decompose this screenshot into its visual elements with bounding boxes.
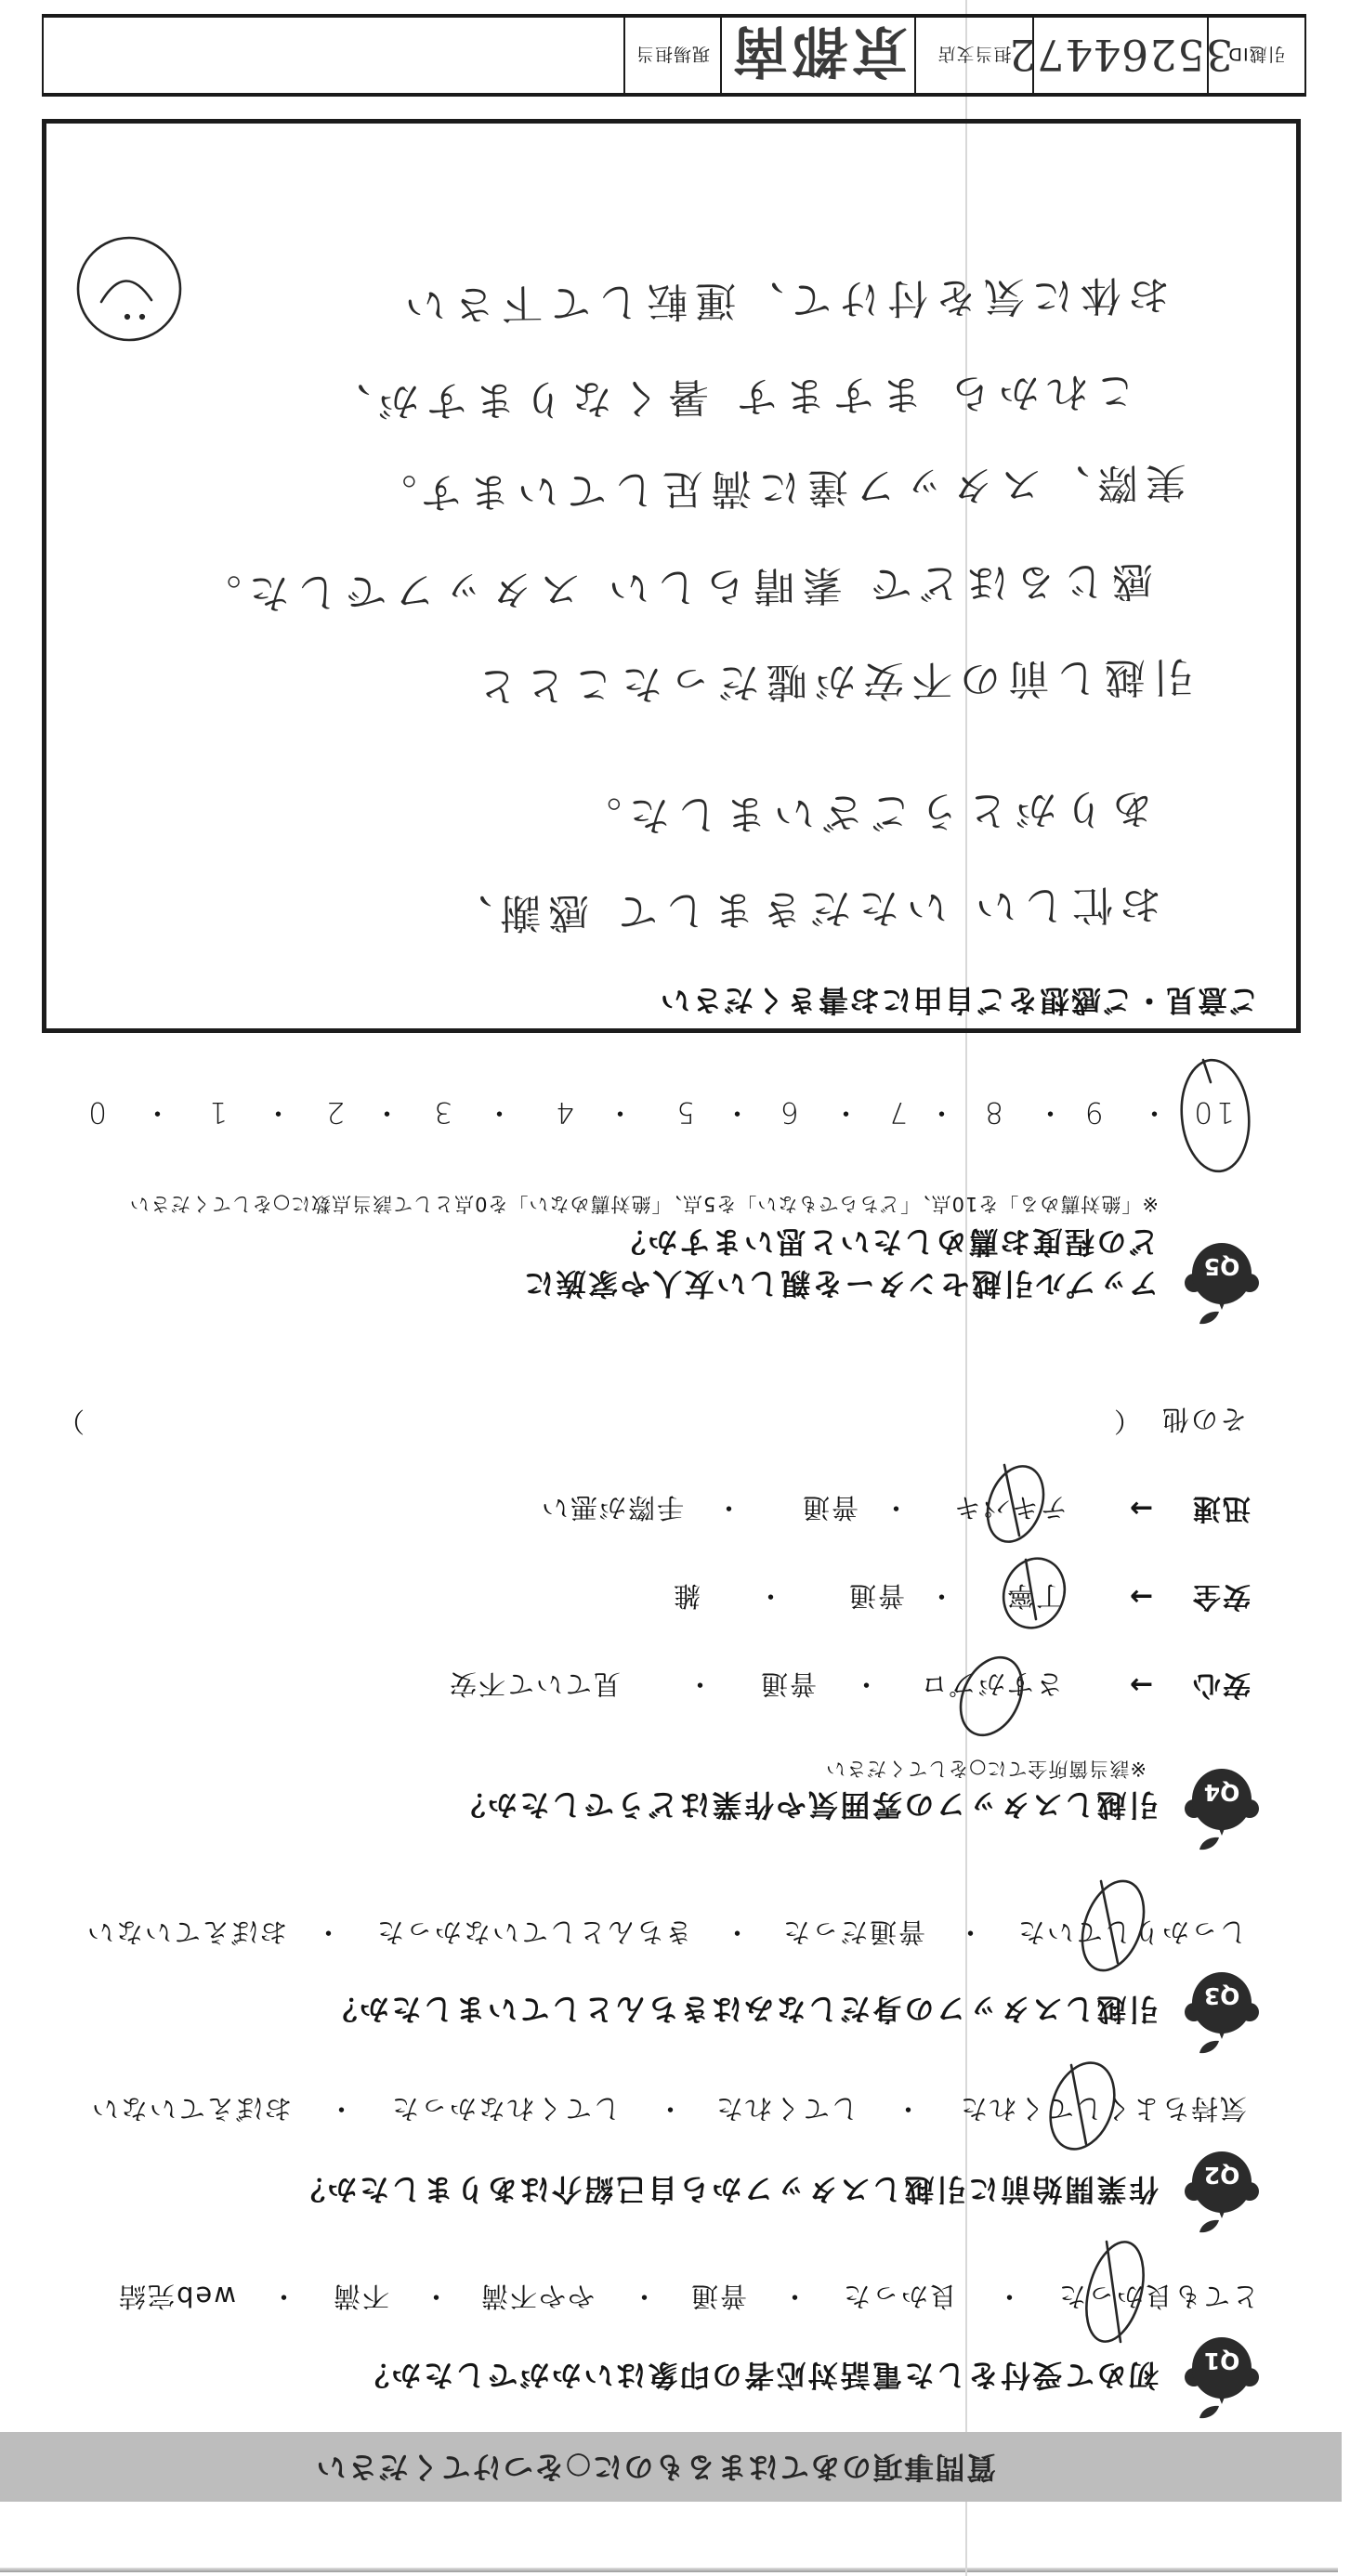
instruction-text: 質問事項のあてはまるものに○をつけてください — [315, 2452, 996, 2482]
separator: ・ — [329, 2095, 355, 2122]
q4-speed-option-average: 普通 — [801, 1494, 858, 1521]
q5-note: ※「絶対薦める」を10点、「どちらでもない」を5点、「絶対薦めない」を0点として… — [129, 1194, 1159, 1213]
separator: ・ — [1142, 1099, 1168, 1126]
q1-option-good: 良かった — [842, 2282, 957, 2309]
separator: ・ — [374, 1099, 400, 1126]
q4-speed-option-clumsy: 手際が悪い — [540, 1494, 684, 1521]
survey-form-page: 質問事項のあてはまるものに○をつけてください Q1 初めて受付をした電話対応者の… — [0, 0, 1350, 2576]
q2-option-pleasantly: 気持ちよくしてくれた — [959, 2095, 1247, 2122]
office-use-table: 引越ID 35264472 担当支店 京都南 現場担当 — [42, 14, 1306, 97]
q4-apple-icon: Q4 — [1184, 1766, 1260, 1851]
q5-score-4: 4 — [540, 1097, 586, 1126]
q1-question: 初めて受付をした電話対応者の印象はいかがでしたか？ — [357, 2360, 1159, 2390]
q5-question-line-1: アップル引越センターを親しい友人や家族に — [522, 1269, 1159, 1299]
branch-label: 担当支店 — [914, 18, 1032, 93]
q4-safety-option-average: 普通 — [847, 1582, 905, 1609]
separator: ・ — [782, 2282, 808, 2309]
separator: ・ — [929, 1099, 955, 1126]
q5-score-5: 5 — [661, 1097, 707, 1126]
comment-line-7: お体に気を付けて、運転して下さい — [398, 273, 1171, 325]
q1-option-dissatisfied: 不満 — [332, 2282, 389, 2309]
q3-question: 引越しスタッフの身だしなみはきちんとしていましたか？ — [325, 1994, 1159, 2024]
comment-title: ご意見・ご感想をご自由にお書きください — [659, 986, 1259, 1015]
q2-option-dont-remember: おぼえていない — [90, 2095, 292, 2122]
separator: ・ — [145, 1099, 171, 1126]
q1-option-very-good: とても良かった — [1057, 2282, 1259, 2309]
separator: ・ — [997, 2282, 1023, 2309]
q3-apple-icon: Q3 — [1184, 1969, 1260, 2055]
q5-number: Q5 — [1204, 1253, 1240, 1280]
q5-score-6: 6 — [765, 1097, 811, 1126]
q5-score-9: 9 — [1069, 1097, 1116, 1126]
q5-question-line-2: どの程度お薦めしたいと思いますか？ — [613, 1227, 1159, 1257]
q3-option-dont-remember: おぼえていない — [85, 1918, 287, 1945]
separator: ・ — [758, 1582, 784, 1609]
q2-apple-icon: Q2 — [1184, 2149, 1260, 2234]
q3-number: Q3 — [1204, 1982, 1240, 2009]
move-id-value: 35264472 — [1032, 18, 1207, 93]
q5-score-3: 3 — [418, 1097, 465, 1126]
separator: ・ — [266, 1099, 292, 1126]
separator: ・ — [658, 2095, 684, 2122]
separator: ・ — [424, 2282, 450, 2309]
comment-line-1: お忙しい いただきまして 感謝、 — [444, 883, 1162, 934]
q2-option-no: してくれなかった — [390, 2095, 621, 2122]
separator: ・ — [833, 1099, 859, 1126]
q4-other-label: その他 — [1160, 1406, 1247, 1432]
q4-other-open-paren: （ — [1112, 1407, 1141, 1434]
separator: ・ — [608, 1099, 634, 1126]
q4-safety-option-careful: 丁寧 — [1005, 1582, 1063, 1609]
q3-option-average: 普通だった — [781, 1918, 925, 1945]
separator: ・ — [896, 2095, 922, 2122]
q1-option-somewhat-dissatisfied: やや不満 — [479, 2282, 595, 2309]
separator: ・ — [632, 2282, 658, 2309]
q1-option-average: 普通 — [689, 2282, 747, 2309]
q5-apple-icon: Q5 — [1184, 1240, 1260, 1326]
q4-note: ※該当箇所全てに○をしてください — [825, 1759, 1147, 1778]
separator: ・ — [487, 1099, 513, 1126]
separator: ・ — [725, 1918, 751, 1945]
separator: ・ — [688, 1670, 714, 1697]
q4-reassurance-option-average: 普通 — [759, 1670, 817, 1697]
comment-line-3: 引越し前の不安が嘘だったことと — [469, 655, 1195, 706]
separator: ・ — [958, 1918, 984, 1945]
q4-speed-option-efficient: テキパキ — [952, 1494, 1068, 1521]
arrow-icon: → — [1130, 1494, 1153, 1522]
separator: ・ — [271, 2282, 297, 2309]
separator: ・ — [884, 1494, 910, 1521]
separator: ・ — [716, 1494, 742, 1521]
q1-number: Q1 — [1204, 2347, 1240, 2374]
q4-safety-option-rough: 雑 — [672, 1582, 701, 1609]
comment-line-6: これから ますます 暑くなりますが、 — [322, 370, 1137, 422]
q2-question: 作業開始前に引越しスタッフから自己紹介はありましたか？ — [293, 2175, 1159, 2204]
q5-score-2: 2 — [310, 1097, 357, 1126]
page-edge-shadow — [0, 2568, 1338, 2572]
q2-option-yes: してくれた — [714, 2095, 858, 2122]
q4-row-label-reassurance: 安心 — [1191, 1670, 1251, 1698]
separator: ・ — [929, 1582, 955, 1609]
q4-reassurance-option-uneasy: 見ていて不安 — [448, 1670, 621, 1697]
separator: ・ — [316, 1918, 342, 1945]
q4-row-label-speed: 迅速 — [1191, 1494, 1251, 1522]
q4-number: Q4 — [1204, 1779, 1240, 1806]
q4-question: 引越しスタッフの雰囲気や作業はどうでしたか？ — [453, 1790, 1159, 1820]
separator: ・ — [725, 1099, 751, 1126]
comment-line-5: 実際、スタッフ達に満足しています。 — [368, 461, 1186, 513]
q4-reassurance-option-professional: さすがプロ — [919, 1670, 1063, 1697]
site-manager-value — [44, 18, 623, 93]
q1-option-web-completed: web完結 — [117, 2282, 236, 2309]
arrow-icon: → — [1130, 1670, 1153, 1698]
q1-apple-icon: Q1 — [1184, 2334, 1260, 2420]
q4-row-label-safety: 安全 — [1191, 1582, 1251, 1610]
separator: ・ — [854, 1670, 880, 1697]
q5-score-8: 8 — [969, 1097, 1016, 1126]
q5-score-10: 10 — [1189, 1097, 1236, 1126]
q5-score-0: 0 — [72, 1097, 119, 1126]
q3-option-not-neat: きちんとしていなかった — [375, 1918, 692, 1945]
q5-score-7: 7 — [873, 1097, 920, 1126]
separator: ・ — [1038, 1099, 1064, 1126]
branch-value: 京都南 — [720, 18, 914, 93]
comment-line-4: 感じるほどで 素晴らしい スタッフでした。 — [192, 559, 1153, 613]
comment-line-2: ありがとうございました。 — [573, 787, 1154, 836]
q4-other-close-paren: ） — [56, 1407, 85, 1434]
q2-number: Q2 — [1204, 2162, 1240, 2189]
q5-score-1: 1 — [193, 1097, 240, 1126]
site-manager-label: 現場担当 — [623, 18, 720, 93]
q3-option-neat: しっかりしていた — [1016, 1918, 1247, 1945]
arrow-icon: → — [1130, 1582, 1153, 1610]
